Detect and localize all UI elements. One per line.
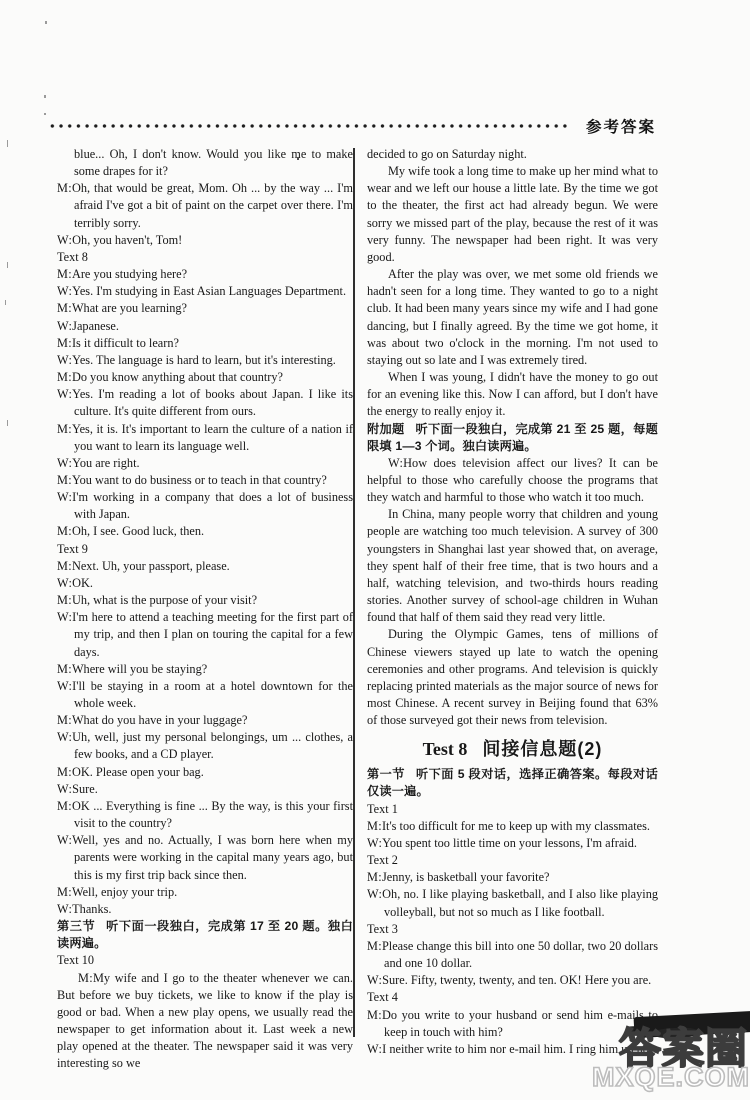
- speaker-label: M:: [57, 524, 72, 538]
- speaker-label: W:: [57, 576, 72, 590]
- answer-header: 参考答案: [48, 116, 656, 136]
- section-label: 第三节: [57, 919, 95, 933]
- text-label: Text 1: [367, 801, 658, 818]
- dialog-line: M:Are you studying here?: [57, 266, 353, 283]
- dialog-line: M:Where will you be staying?: [57, 661, 353, 678]
- speaker-label: M:: [57, 713, 72, 727]
- speaker-label: W:: [57, 610, 72, 624]
- section-heading: 附加题听下面一段独白，完成第 21 至 25 题，每题限填 1—3 个词。独白读…: [367, 421, 658, 455]
- dialog-line: M:Yes, it is. It's important to learn th…: [57, 421, 353, 455]
- text-label: decided to go on Saturday night.: [367, 146, 658, 163]
- scan-speck: [5, 300, 6, 305]
- continuation-line: blue... Oh, I don't know. Would you like…: [57, 146, 353, 180]
- dialog-line: M:Well, enjoy your trip.: [57, 884, 353, 901]
- dialog-line: M:Oh, I see. Good luck, then.: [57, 523, 353, 540]
- speaker-label: M:: [57, 473, 72, 487]
- header-title: 参考答案: [586, 115, 656, 137]
- column-right: decided to go on Saturday night.My wife …: [367, 146, 658, 1058]
- dialog-line: W:Oh, no. I like playing basketball, and…: [367, 886, 658, 920]
- watermark: 答案圈 MXQE.COM: [600, 1016, 750, 1094]
- dialog-line: W:Oh, you haven't, Tom!: [57, 232, 353, 249]
- scan-speck: [44, 95, 46, 98]
- dialog-line: M:OK ... Everything is fine ... By the w…: [57, 798, 353, 832]
- dialog-line: W:You spent too little time on your less…: [367, 835, 658, 852]
- speaker-label: W:: [57, 782, 72, 796]
- speaker-label: W:: [57, 353, 72, 367]
- speaker-label: M:: [367, 870, 382, 884]
- dialog-line: W:Uh, well, just my personal belongings,…: [57, 729, 353, 763]
- speaker-label: M:: [57, 370, 72, 384]
- dialog-line: W:Sure. Fifty, twenty, twenty, and ten. …: [367, 972, 658, 989]
- speaker-label: M:: [57, 765, 72, 779]
- paragraph: When I was young, I didn't have the mone…: [367, 369, 658, 420]
- dialog-line: W:I'm here to attend a teaching meeting …: [57, 609, 353, 660]
- dialog-line: M:Is it difficult to learn?: [57, 335, 353, 352]
- test-heading: Test 8间接信息题(2): [367, 736, 658, 762]
- paragraph: After the play was over, we met some old…: [367, 266, 658, 369]
- dialog-line: W:I'll be staying in a room at a hotel d…: [57, 678, 353, 712]
- speaker-label: W:: [57, 902, 72, 916]
- dialog-line: M:Next. Uh, your passport, please.: [57, 558, 353, 575]
- dialog-line: M:Uh, what is the purpose of your visit?: [57, 592, 353, 609]
- speaker-label: W:: [57, 387, 72, 401]
- speaker-label: M:: [367, 1008, 382, 1022]
- scan-speck: [44, 113, 46, 115]
- watermark-site: MXQE.COM: [592, 1062, 750, 1093]
- speaker-label: W:: [57, 319, 72, 333]
- speaker-label: W:: [57, 284, 72, 298]
- dialog-line: M:Jenny, is basketball your favorite?: [367, 869, 658, 886]
- scan-speck: [7, 262, 8, 268]
- speaker-label: M:: [57, 593, 72, 607]
- test-heading-zh: 间接信息题(2): [482, 739, 602, 759]
- speaker-label: W:: [367, 887, 382, 901]
- text-label: Text 4: [367, 989, 658, 1006]
- dialog-line: M:Do you know anything about that countr…: [57, 369, 353, 386]
- speaker-label: W:: [57, 233, 72, 247]
- dialog-line: W:You are right.: [57, 455, 353, 472]
- scan-speck: [45, 21, 47, 24]
- speaker-label: M:: [57, 267, 72, 281]
- scan-speck: [7, 140, 8, 147]
- paragraph: W:How does television affect our lives? …: [367, 455, 658, 506]
- speaker-label: M:: [57, 662, 72, 676]
- dialog-line: W:Japanese.: [57, 318, 353, 335]
- section-heading: 第三节听下面一段独白，完成第 17 至 20 题。独白读两遍。: [57, 918, 353, 952]
- dots-leader: [48, 123, 569, 129]
- dialog-line: W:Yes. The language is hard to learn, bu…: [57, 352, 353, 369]
- speaker-label: W:: [57, 456, 72, 470]
- speaker-label: W:: [57, 833, 72, 847]
- text-label: Text 3: [367, 921, 658, 938]
- section-label: 附加题: [367, 422, 404, 436]
- dialog-line: M:Oh, that would be great, Mom. Oh ... b…: [57, 180, 353, 231]
- section-label: 第一节: [367, 767, 405, 781]
- dialog-line: W:Yes. I'm reading a lot of books about …: [57, 386, 353, 420]
- dialog-line: W:Sure.: [57, 781, 353, 798]
- dialog-line: W:Well, yes and no. Actually, I was born…: [57, 832, 353, 883]
- speaker-label: M:: [57, 559, 72, 573]
- dialog-line: M:It's too difficult for me to keep up w…: [367, 818, 658, 835]
- dialog-line: M:OK. Please open your bag.: [57, 764, 353, 781]
- text-label: Text 2: [367, 852, 658, 869]
- paragraph: M:My wife and I go to the theater whenev…: [57, 970, 353, 1073]
- column-left: blue... Oh, I don't know. Would you like…: [57, 146, 353, 1072]
- speaker-label: M:: [57, 301, 72, 315]
- dialog-line: W:Thanks.: [57, 901, 353, 918]
- text-label: Text 10: [57, 952, 353, 969]
- speaker-label: M:: [57, 422, 72, 436]
- dialog-line: W:Yes. I'm studying in East Asian Langua…: [57, 283, 353, 300]
- text-label: Text 8: [57, 249, 353, 266]
- speaker-label: W:: [57, 490, 72, 504]
- speaker-label: M:: [367, 939, 382, 953]
- section-heading: 第一节听下面 5 段对话，选择正确答案。每段对话仅读一遍。: [367, 766, 658, 800]
- column-divider: [353, 148, 355, 1037]
- speaker-label: M:: [57, 336, 72, 350]
- paragraph: My wife took a long time to make up her …: [367, 163, 658, 266]
- speaker-label: W:: [388, 456, 403, 470]
- dialog-line: M:What do you have in your luggage?: [57, 712, 353, 729]
- dialog-line: M:Please change this bill into one 50 do…: [367, 938, 658, 972]
- dialog-line: M:You want to do business or to teach in…: [57, 472, 353, 489]
- speaker-label: M:: [367, 819, 382, 833]
- scan-speck: [7, 420, 8, 426]
- speaker-label: W:: [367, 973, 382, 987]
- speaker-label: M:: [78, 971, 93, 985]
- dialog-line: W:I'm working in a company that does a l…: [57, 489, 353, 523]
- speaker-label: W:: [367, 836, 382, 850]
- test-heading-en: Test 8: [423, 739, 468, 759]
- speaker-label: W:: [57, 730, 72, 744]
- speaker-label: W:: [57, 679, 72, 693]
- paragraph: In China, many people worry that childre…: [367, 506, 658, 626]
- dialog-line: M:What are you learning?: [57, 300, 353, 317]
- speaker-label: W:: [367, 1042, 382, 1056]
- speaker-label: M:: [57, 799, 72, 813]
- speaker-label: M:: [57, 181, 72, 195]
- paragraph: During the Olympic Games, tens of millio…: [367, 626, 658, 729]
- speaker-label: M:: [57, 885, 72, 899]
- text-label: Text 9: [57, 541, 353, 558]
- dialog-line: W:OK.: [57, 575, 353, 592]
- scan-speck: [297, 157, 299, 160]
